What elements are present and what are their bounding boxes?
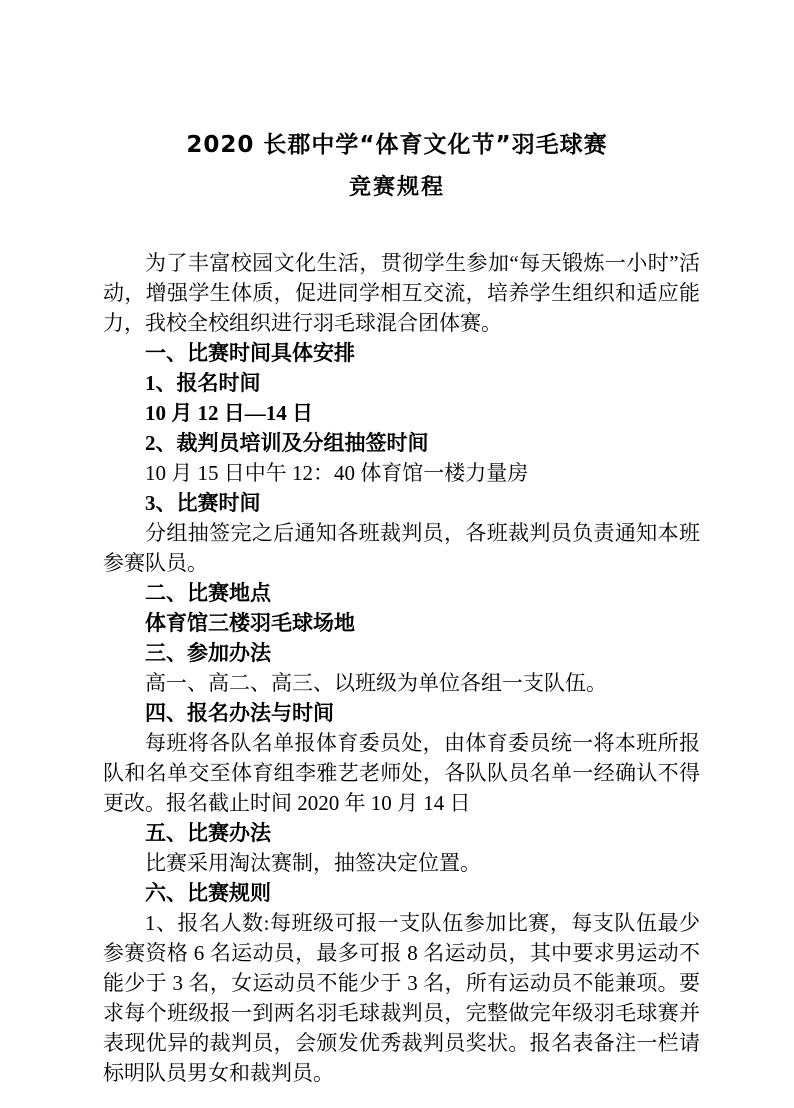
document-page: 2020 长郡中学“体育文化节”羽毛球赛 竞赛规程 为了丰富校园文化生活，贯彻学… <box>0 0 794 1108</box>
body-paragraph: 比赛采用淘汰赛制，抽签决定位置。 <box>103 848 700 878</box>
body-paragraph: 为了丰富校园文化生活，贯彻学生参加“每天锻炼一小时”活动，增强学生体质，促进同学… <box>103 248 700 338</box>
document-title: 2020 长郡中学“体育文化节”羽毛球赛 <box>0 130 794 160</box>
section-heading: 四、报名办法与时间 <box>103 698 700 728</box>
section-heading: 3、比赛时间 <box>103 488 700 518</box>
section-heading: 三、参加办法 <box>103 638 700 668</box>
section-heading: 体育馆三楼羽毛球场地 <box>103 608 700 638</box>
body-paragraph: 1、报名人数:每班级可报一支队伍参加比赛，每支队伍最少参赛资格 6 名运动员，最… <box>103 908 700 1088</box>
section-heading: 六、比赛规则 <box>103 878 700 908</box>
document-body: 为了丰富校园文化生活，贯彻学生参加“每天锻炼一小时”活动，增强学生体质，促进同学… <box>0 248 794 1088</box>
body-paragraph: 每班将各队名单报体育委员处，由体育委员统一将本班所报队和名单交至体育组李雅艺老师… <box>103 728 700 818</box>
body-paragraph: 10 月 15 日中午 12：40 体育馆一楼力量房 <box>103 458 700 488</box>
section-heading: 1、报名时间 <box>103 368 700 398</box>
section-heading: 10 月 12 日—14 日 <box>103 398 700 428</box>
section-heading: 2、裁判员培训及分组抽签时间 <box>103 428 700 458</box>
document-subtitle: 竞赛规程 <box>0 174 794 202</box>
body-paragraph: 分组抽签完之后通知各班裁判员，各班裁判员负责通知本班参赛队员。 <box>103 518 700 578</box>
body-paragraph: 高一、高二、高三、以班级为单位各组一支队伍。 <box>103 668 700 698</box>
section-heading: 一、比赛时间具体安排 <box>103 338 700 368</box>
section-heading: 二、比赛地点 <box>103 578 700 608</box>
section-heading: 五、比赛办法 <box>103 818 700 848</box>
